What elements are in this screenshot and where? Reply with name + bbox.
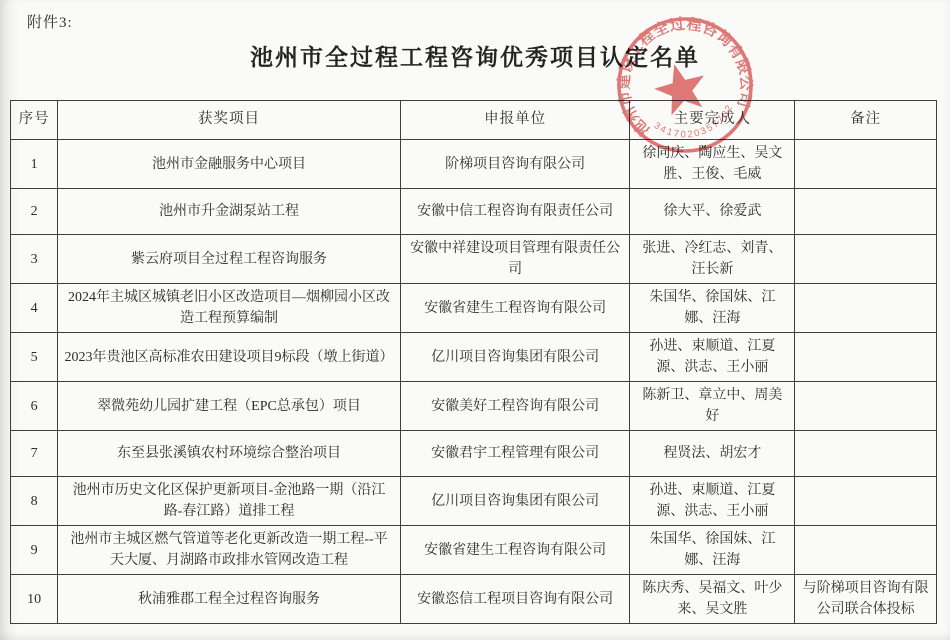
page-title: 池州市全过程工程咨询优秀项目认定名单	[0, 39, 950, 72]
cell-unit: 安徽省建生工程咨询有限公司	[400, 284, 630, 333]
header-remark: 备注	[795, 101, 937, 140]
cell-project: 池州市升金湖泵站工程	[58, 189, 401, 235]
cell-no: 10	[11, 575, 58, 624]
table-row: 6翠微苑幼儿园扩建工程（EPC总承包）项目安徽美好工程咨询有限公司陈新卫、章立中…	[11, 382, 937, 431]
cell-remark	[795, 477, 937, 526]
cell-no: 8	[11, 477, 58, 526]
cell-unit: 安徽省建生工程咨询有限公司	[400, 526, 630, 575]
table-row: 3紫云府项目全过程工程咨询服务安徽中祥建设项目管理有限责任公司张进、冷红志、刘青…	[11, 235, 937, 284]
cell-contributors: 徐大平、徐爱武	[630, 189, 795, 235]
cell-no: 4	[11, 284, 58, 333]
cell-project: 秋浦雅郡工程全过程咨询服务	[58, 575, 401, 624]
cell-unit: 亿川项目咨询集团有限公司	[400, 333, 630, 382]
header-unit: 申报单位	[400, 101, 630, 140]
cell-unit: 亿川项目咨询集团有限公司	[400, 477, 630, 526]
cell-remark	[795, 140, 937, 189]
cell-unit: 安徽恣信工程项目咨询有限公司	[400, 575, 630, 624]
cell-unit: 安徽君宇工程管理有限公司	[400, 431, 630, 477]
cell-no: 9	[11, 526, 58, 575]
cell-project: 池州市金融服务中心项目	[58, 140, 401, 189]
table-row: 1池州市金融服务中心项目阶梯项目咨询有限公司徐同庆、陶应生、吴文胜、王俊、毛威	[11, 140, 937, 189]
table-row: 7东至县张溪镇农村环境综合整治项目安徽君宇工程管理有限公司程贤法、胡宏才	[11, 431, 937, 477]
cell-contributors: 孙进、束顺道、江夏源、洪志、王小丽	[630, 333, 795, 382]
table-row: 9池州市主城区燃气管道等老化更新改造一期工程--平天大厦、月湖路市政排水管网改造…	[11, 526, 937, 575]
cell-remark	[795, 382, 937, 431]
cell-no: 2	[11, 189, 58, 235]
cell-remark	[795, 526, 937, 575]
cell-remark	[795, 333, 937, 382]
cell-contributors: 张进、冷红志、刘青、汪长新	[630, 235, 795, 284]
cell-no: 1	[11, 140, 58, 189]
cell-project: 翠微苑幼儿园扩建工程（EPC总承包）项目	[58, 382, 401, 431]
cell-project: 池州市主城区燃气管道等老化更新改造一期工程--平天大厦、月湖路市政排水管网改造工…	[58, 526, 401, 575]
cell-contributors: 朱国华、徐国妹、江娜、汪海	[630, 526, 795, 575]
cell-remark: 与阶梯项目咨询有限公司联合体投标	[795, 575, 937, 624]
header-no: 序号	[11, 101, 58, 140]
table-row: 10秋浦雅郡工程全过程咨询服务安徽恣信工程项目咨询有限公司陈庆秀、吴福文、叶少来…	[11, 575, 937, 624]
cell-remark	[795, 431, 937, 477]
cell-project: 东至县张溪镇农村环境综合整治项目	[58, 431, 401, 477]
cell-project: 2024年主城区城镇老旧小区改造项目—烟柳园小区改造工程预算编制	[58, 284, 401, 333]
table-row: 2池州市升金湖泵站工程安徽中信工程咨询有限责任公司徐大平、徐爱武	[11, 189, 937, 235]
cell-no: 5	[11, 333, 58, 382]
cell-project: 池州市历史文化区保护更新项目-金池路一期（沿江路-春江路）道排工程	[58, 477, 401, 526]
cell-no: 6	[11, 382, 58, 431]
table-row: 52023年贵池区高标准农田建设项目9标段（墩上街道）亿川项目咨询集团有限公司孙…	[11, 333, 937, 382]
header-project: 获奖项目	[58, 101, 401, 140]
cell-no: 7	[11, 431, 58, 477]
cell-remark	[795, 189, 937, 235]
header-contributors: 主要完成人	[630, 101, 795, 140]
cell-remark	[795, 284, 937, 333]
cell-unit: 安徽中信工程咨询有限责任公司	[400, 189, 630, 235]
cell-no: 3	[11, 235, 58, 284]
cell-project: 2023年贵池区高标准农田建设项目9标段（墩上街道）	[58, 333, 401, 382]
cell-project: 紫云府项目全过程工程咨询服务	[58, 235, 401, 284]
attachment-label: 附件3:	[27, 11, 73, 32]
cell-contributors: 朱国华、徐国妹、江娜、汪海	[630, 284, 795, 333]
cell-contributors: 程贤法、胡宏才	[630, 431, 795, 477]
cell-contributors: 陈庆秀、吴福文、叶少来、吴文胜	[630, 575, 795, 624]
table-body: 1池州市金融服务中心项目阶梯项目咨询有限公司徐同庆、陶应生、吴文胜、王俊、毛威2…	[11, 140, 937, 624]
award-table: 序号 获奖项目 申报单位 主要完成人 备注 1池州市金融服务中心项目阶梯项目咨询…	[10, 100, 937, 624]
cell-unit: 阶梯项目咨询有限公司	[400, 140, 630, 189]
cell-contributors: 徐同庆、陶应生、吴文胜、王俊、毛威	[630, 140, 795, 189]
cell-remark	[795, 235, 937, 284]
cell-contributors: 孙进、束顺道、江夏源、洪志、王小丽	[630, 477, 795, 526]
table-row: 42024年主城区城镇老旧小区改造项目—烟柳园小区改造工程预算编制安徽省建生工程…	[11, 284, 937, 333]
table-row: 8池州市历史文化区保护更新项目-金池路一期（沿江路-春江路）道排工程亿川项目咨询…	[11, 477, 937, 526]
cell-unit: 安徽美好工程咨询有限公司	[400, 382, 630, 431]
cell-unit: 安徽中祥建设项目管理有限责任公司	[400, 235, 630, 284]
table-header-row: 序号 获奖项目 申报单位 主要完成人 备注	[11, 101, 937, 140]
cell-contributors: 陈新卫、章立中、周美好	[630, 382, 795, 431]
